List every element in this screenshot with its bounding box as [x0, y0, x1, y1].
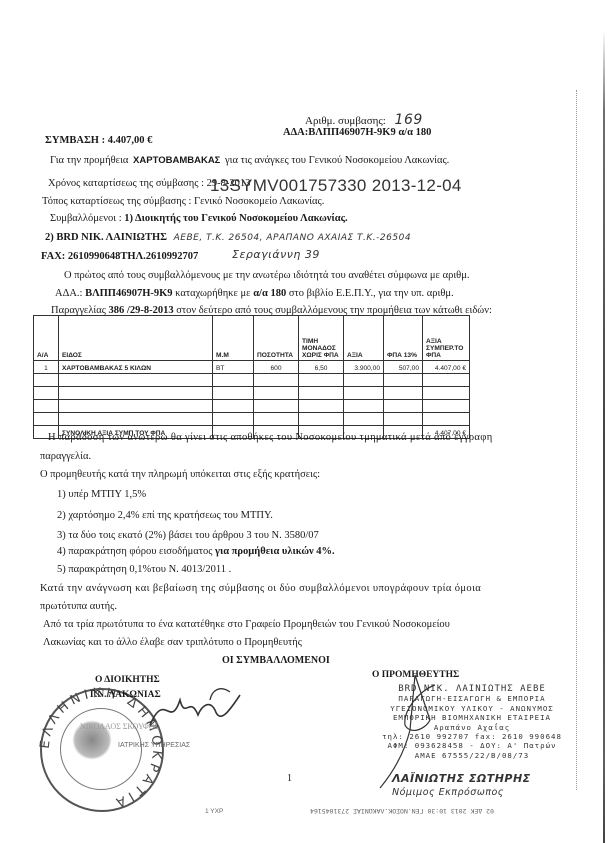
delivery-line-2: παραγγελία. [40, 451, 91, 462]
withholdings-intro: Ο προμηθευτής κατά την πληρωμή υπόκειται… [40, 469, 320, 480]
registry-stamp: 13SYMV001757330 2013-12-04 [210, 176, 462, 196]
paragraph-2: ΑΔΑ.: ΒΛΠΠ46907Η-9Κ9 καταχωρήθηκε με α/α… [55, 288, 454, 299]
signatures-heading: ΟΙ ΣΥΜΒΑΛΛΟΜΕΝΟΙ [222, 655, 330, 666]
col-total: ΑΞΙΑ ΣΥΜΠΕΡ.ΤΟ ΦΠΑ [423, 316, 470, 361]
table-row: 1 ΧΑΡΤΟΒΑΜΒΑΚΑΣ 5 ΚΙΛΩΝ ΒΤ 600 6,50 3.90… [34, 361, 470, 374]
col-aa: Α/Α [34, 316, 59, 361]
footer-mark: 1 ΥΧΡ [205, 808, 223, 815]
seal-role: ΙΑΤΡΙΚΗΣ ΥΠΗΡΕΣΙΑΣ [118, 742, 190, 749]
party-1: 1) Διοικητής του Γενικού Νοσοκομείου Λακ… [124, 213, 347, 224]
contract-place: Τόπος καταρτίσεως της σύμβασης : Γενικό … [42, 196, 324, 207]
copies-line-2: Λακωνίας και το άλλο έλαβε σαν τριπλότυπ… [43, 637, 302, 648]
signing-line-1: Κατά την ανάγνωση και βεβαίωση της σύμβα… [40, 583, 481, 594]
director-signature [140, 680, 250, 740]
withholding-2: 2) χαρτόσημο 2,4% επί της κρατήσεως του … [57, 510, 273, 521]
col-vat: ΦΠΑ 13% [384, 316, 423, 361]
scan-edge [603, 30, 605, 843]
contract-number: Αριθμ. συμβασης: 169 [305, 112, 423, 128]
col-value: ΑΞΙΑ [344, 316, 384, 361]
supplier-signature [375, 670, 455, 790]
contract-number-handwritten: 169 [395, 112, 423, 128]
scan-dotted-line [576, 90, 578, 790]
procurement-item: ΧΑΡΤΟΒΑΜΒΑΚΑΣ [133, 155, 220, 166]
withholding-1: 1) υπέρ ΜΤΠΥ 1,5% [57, 489, 146, 500]
fax-header-bleed-through: 02 ΔΕΚ 2013 10:30 ΓΕΝ.ΝΟΣΟΚ.ΛΑΚΩΝΙΑΣ 273… [310, 807, 494, 815]
col-unit-price: ΤΙΜΗ ΜΟΝΑΔΟΣ ΧΩΡΙΣ ΦΠΑ [299, 316, 344, 361]
parties-line: Συμβαλλόμενοι : 1) Διοικητής του Γενικού… [50, 213, 348, 224]
party-2-handwritten: ΑΕΒΕ, Τ.Κ. 26504, ΑΡΑΠΑΝΟ ΑΧΑΙΑΣ Τ.Κ.-26… [174, 233, 411, 243]
withholding-3: 3) τα δύο τοις εκατό (2%) βάσει του άρθρ… [57, 530, 319, 541]
delivery-line-1: Η παράδοση των ανωτέρω θα γίνει στις απο… [48, 432, 493, 443]
party-2-line: 2) BRD ΝΙΚ. ΛΑΙΝΙΩΤΗΣ ΑΕΒΕ, Τ.Κ. 26504, … [45, 232, 411, 243]
ada-line: ΑΔΑ:ΒΛΠΠ46907Η-9Κ9 α/α 180 [283, 127, 431, 138]
paragraph-1: Ο πρώτος από τους συμβαλλόμενους με την … [64, 270, 469, 281]
col-unit: Μ.Μ [213, 316, 254, 361]
page-number: 1 [287, 773, 292, 784]
table-row [34, 413, 470, 426]
withholding-4: 4) παρακράτηση φόρου εισοδήματος για προ… [57, 546, 335, 557]
items-table: Α/Α ΕΙΔΟΣ Μ.Μ ΠΟΣΟΤΗΤΑ ΤΙΜΗ ΜΟΝΑΔΟΣ ΧΩΡΙ… [33, 315, 470, 439]
copies-line-1: Από τα τρία πρωτότυπα το ένα κατατέθηκε … [43, 619, 450, 630]
contract-title: ΣΥΜΒΑΣΗ : 4.407,00 € [45, 135, 152, 146]
procurement-line: Για την προμήθεια ΧΑΡΤΟΒΑΜΒΑΚΑΣ για τις … [50, 155, 449, 166]
fax-line: FAX: 2610990648ΤΗΛ.2610992707 [41, 251, 198, 262]
fax-handwritten: Σεραγιάννη 39 [232, 248, 320, 261]
table-row [34, 400, 470, 413]
table-row [34, 387, 470, 400]
table-header-row: Α/Α ΕΙΔΟΣ Μ.Μ ΠΟΣΟΤΗΤΑ ΤΙΜΗ ΜΟΝΑΔΟΣ ΧΩΡΙ… [34, 316, 470, 361]
party-2: 2) BRD ΝΙΚ. ΛΑΙΝΙΩΤΗΣ [45, 232, 167, 243]
col-item: ΕΙΔΟΣ [59, 316, 213, 361]
table-row [34, 374, 470, 387]
signing-line-2: πρωτότυπα αυτής. [40, 601, 117, 612]
contract-number-label: Αριθμ. συμβασης: [305, 115, 386, 127]
col-qty: ΠΟΣΟΤΗΤΑ [254, 316, 299, 361]
withholding-5: 5) παρακράτηση 0,1%του Ν. 4013/2011 . [57, 564, 231, 575]
